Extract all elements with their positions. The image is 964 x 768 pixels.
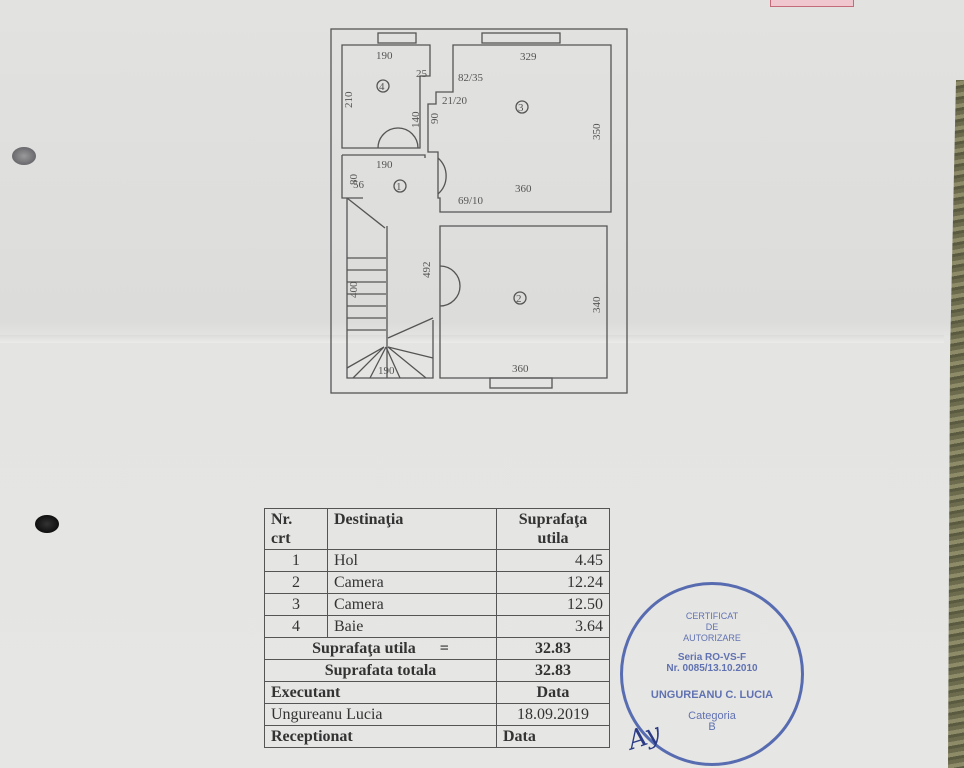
punch-hole-top (12, 147, 36, 165)
dim-room2-bottom: 360 (512, 363, 529, 375)
dim-140: 140 (410, 111, 422, 128)
header-surface: Suprafaţautila (497, 509, 610, 550)
executant-row: Ungureanu Lucia 18.09.2019 (265, 704, 610, 726)
dim-80: 80 (348, 174, 360, 186)
dim-stair-length: 400 (348, 281, 360, 298)
dim-room2-height: 340 (591, 296, 603, 313)
dim-room3-height: 350 (591, 123, 603, 140)
room-1-number: 1 (396, 181, 402, 193)
room-4-number: 4 (379, 81, 385, 93)
dim-492: 492 (421, 262, 433, 279)
dim-21-20: 21/20 (442, 95, 468, 107)
table-row: 3Camera12.50 (265, 594, 610, 616)
room-2-number: 2 (516, 293, 522, 305)
punch-hole-bottom (35, 515, 59, 533)
executant-header-row: Executant Data (265, 682, 610, 704)
table-row: 2Camera12.24 (265, 572, 610, 594)
room-3-number: 3 (518, 102, 524, 114)
table-row: 4Baie3.64 (265, 616, 610, 638)
table-row: 1Hol4.45 (265, 550, 610, 572)
dim-room4-width: 190 (376, 50, 393, 62)
dim-room3-bottom: 360 (515, 183, 532, 195)
red-stamp-fragment (770, 0, 854, 7)
total-surface-row: Suprafata totala 32.83 (265, 660, 610, 682)
dim-69-10: 69/10 (458, 195, 484, 207)
dim-room3-top: 329 (520, 51, 537, 63)
header-nr: Nr.crt (265, 509, 328, 550)
dim-room4-height: 210 (343, 91, 355, 108)
surface-table: Nr.crt Destinaţia Suprafaţautila 1Hol4.4… (264, 508, 610, 748)
floor-plan: 4 1 3 2 190 329 25 82/35 21/20 190 360 6… (330, 28, 628, 394)
useful-surface-row: Suprafaţa utila = 32.83 (265, 638, 610, 660)
dim-hall-width: 190 (376, 159, 393, 171)
dim-82-35: 82/35 (458, 72, 484, 84)
dim-90: 90 (429, 113, 441, 125)
dim-25: 25 (416, 68, 428, 80)
dim-stair-width: 190 (378, 365, 395, 377)
received-row: Receptionat Data (265, 726, 610, 748)
header-destination: Destinaţia (328, 509, 497, 550)
table-header: Nr.crt Destinaţia Suprafaţautila (265, 509, 610, 550)
